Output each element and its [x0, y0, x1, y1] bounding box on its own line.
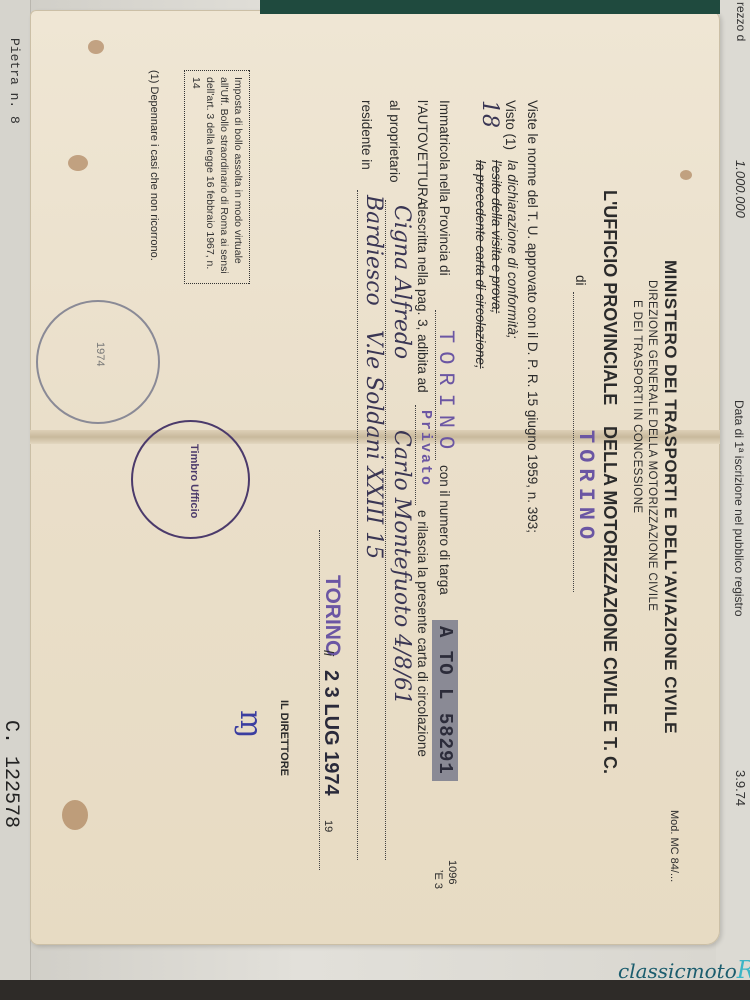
- date-suffix: 19: [322, 820, 334, 832]
- office-title-b: DELLA MOTORIZZAZIONE CIVILE E T. C.: [599, 426, 620, 774]
- visto-option-3: la precedente carta di circolazione;: [473, 160, 488, 369]
- visto-option-2: l'esito della visita e prova;: [489, 160, 504, 313]
- direction-line-2: E DEI TRASPORTI IN CONCESSIONE: [631, 300, 643, 514]
- province-stamp: TORINO: [433, 330, 458, 457]
- place-stamp: TORINO: [320, 575, 344, 656]
- visto-handwritten: 18: [477, 100, 502, 128]
- right-form-handwritten: 1.000.000: [733, 160, 748, 218]
- left-form-text: Pietra n. 8: [7, 38, 22, 124]
- vehicle-label: l'AUTOVETTURA: [415, 100, 430, 206]
- place-suffix: li: [321, 650, 336, 656]
- form-code: C. 122578: [0, 720, 22, 828]
- registry-date: 3.9.74: [733, 770, 748, 806]
- office-round-stamp: Timbro Ufficio: [131, 420, 250, 539]
- form-model: Mod. MC 84/...: [668, 810, 680, 882]
- right-form-text-top: rezzo d: [734, 2, 748, 41]
- visto-label: Visto (1): [503, 100, 518, 150]
- classicmotors-watermark: classicmotoRs: [618, 956, 750, 984]
- office-city-stamp: TORINO: [573, 430, 598, 545]
- visto-option-1: la dichiarazione di conformità;: [505, 160, 520, 339]
- faded-round-stamp: 1974: [36, 300, 160, 424]
- tax-note-box: Imposta di bollo assolta in modo virtual…: [184, 70, 250, 284]
- use-stamp: Privato: [417, 410, 434, 487]
- use-line: [415, 405, 416, 505]
- norms-line: Viste le norme del T. U. approvato con i…: [525, 100, 540, 533]
- residence-line: [357, 190, 358, 860]
- vehicle-desc: descritta nella pag. 3, adibita ad: [415, 202, 430, 393]
- residence-city: Bardiesco: [361, 195, 386, 306]
- office-stamp-center: Timbro Ufficio: [188, 444, 200, 518]
- watermark-suffix: Rs: [737, 956, 750, 984]
- issue-label: e rilascia la presente carta di circolaz…: [415, 510, 430, 757]
- office-di-label: di: [573, 275, 588, 286]
- plate-number: A TO L 58291: [432, 620, 458, 781]
- residence-street: V.le Soldani XXIII 15: [361, 330, 386, 559]
- director-signature: ɱ: [233, 710, 268, 738]
- registry-label: Data di 1ª iscrizione nel pubblico regis…: [732, 400, 746, 617]
- director-label: IL DIRETTORE: [278, 700, 290, 776]
- immatricola-label: Immatricola nella Provincia di: [437, 100, 452, 276]
- footnote: (1) Depennare i casi che non ricorrono.: [148, 70, 160, 261]
- owner-birth: Carlo Montefuoto 4/8/61: [389, 430, 414, 705]
- watermark-brand: classicmoto: [618, 959, 737, 983]
- left-background-form: [0, 0, 31, 1000]
- owner-label: al proprietario: [387, 100, 402, 183]
- serial-small: 1096: [446, 860, 458, 884]
- residence-label: residente in: [359, 100, 374, 170]
- direction-line-1: DIREZIONE GENERALE DELLA MOTORIZZAZIONE …: [646, 280, 658, 611]
- ministry-title: MINISTERO DEI TRASPORTI E DELL'AVIAZIONE…: [660, 260, 680, 734]
- document-content: MINISTERO DEI TRASPORTI E DELL'AVIAZIONE…: [30, 10, 720, 945]
- office-title-a: L'UFFICIO PROVINCIALE: [599, 190, 620, 405]
- date-stamp: 2 3 LUG 1974: [319, 670, 342, 796]
- serial-sub: ʼE 3: [432, 870, 444, 889]
- faded-stamp-date: 1974: [94, 342, 106, 366]
- owner-name: Cigna Alfredo: [389, 205, 414, 359]
- plate-label: con il numero di targa: [437, 465, 452, 595]
